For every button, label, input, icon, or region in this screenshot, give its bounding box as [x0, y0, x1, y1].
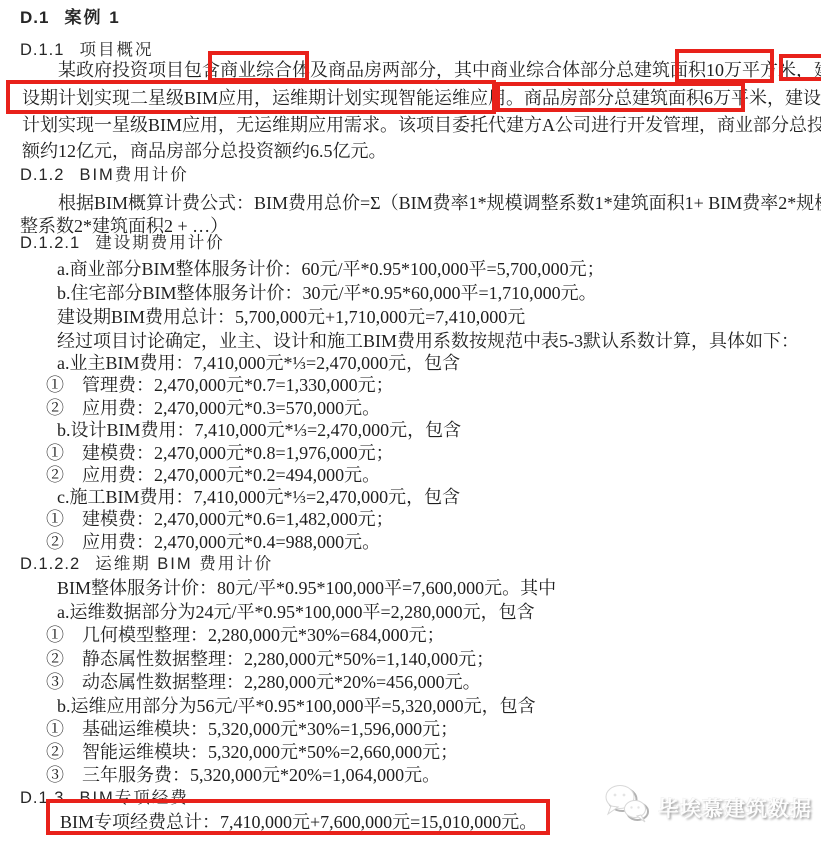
numbered-sub-item: ① 管理费：2,470,000元*0.7=1,330,000元；: [46, 374, 394, 396]
section-heading-d1-2-2: D.1.2.2运维期 BIM 费用计价: [20, 553, 273, 575]
watermark-text: 毕埃慕建筑数据: [658, 793, 812, 823]
cost-item-line: a.运维数据部分为24元/平*0.95*100,000平=2,280,000元，…: [57, 601, 535, 623]
section-heading-d1-3: D.1.3BIM专项经费: [20, 787, 189, 809]
heading-number: D.1.2: [20, 166, 64, 184]
formula-line: 根据BIM概算计费公式：BIM费用总价=Σ（BIM费率1*规模调整系数1*建筑面…: [58, 192, 821, 214]
document-page: D.1案例 1 D.1.1项目概况 D.1.2BIM费用计价 D.1.2.1建设…: [0, 0, 821, 842]
watermark: 毕埃慕建筑数据: [604, 783, 812, 832]
section-heading-d1-2: D.1.2BIM费用计价: [20, 164, 189, 186]
cost-item-line: a.业主BIM费用：7,410,000元*⅓=2,470,000元，包含: [57, 352, 460, 374]
section-heading-d1-1: D.1.1项目概况: [20, 39, 153, 61]
paragraph-line: 某政府投资项目包含商业综合体及商品房两部分，其中商业综合体部分总建筑面积10万平…: [58, 59, 821, 81]
cost-item-line: c.施工BIM费用：7,410,000元*⅓=2,470,000元，包含: [57, 486, 460, 508]
numbered-sub-item: ③ 三年服务费：5,320,000元*20%=1,064,000元。: [46, 764, 440, 786]
cost-item-line: a.商业部分BIM整体服务计价：60元/平*0.95*100,000平=5,70…: [57, 258, 605, 280]
numbered-sub-item: ② 应用费：2,470,000元*0.2=494,000元。: [46, 464, 380, 486]
numbered-sub-item: ③ 动态属性数据整理：2,280,000元*20%=456,000元。: [46, 671, 481, 693]
heading-number: D.1.1: [20, 41, 64, 59]
paragraph-line: 额约12亿元，商品房部分总投资额约6.5亿元。: [22, 140, 387, 162]
heading-number: D.1: [20, 8, 49, 27]
heading-title: BIM专项经费: [79, 789, 188, 807]
paragraph-line: 经过项目讨论确定，业主、设计和施工BIM费用系数按规范中表5-3默认系数计算，具…: [57, 330, 799, 352]
numbered-sub-item: ② 应用费：2,470,000元*0.4=988,000元。: [46, 531, 380, 553]
paragraph-line: 设期计划实现二星级BIM应用，运维期计划实现智能运维应用。商品房部分总建筑面积6…: [22, 87, 821, 109]
heading-title: 项目概况: [79, 41, 153, 59]
numbered-sub-item: ② 静态属性数据整理：2,280,000元*50%=1,140,000元；: [46, 648, 494, 670]
heading-title: 运维期 BIM 费用计价: [95, 555, 273, 573]
numbered-sub-item: ② 应用费：2,470,000元*0.3=570,000元。: [46, 397, 380, 419]
heading-number: D.1.2.2: [20, 555, 80, 573]
chat-bubbles-icon: [604, 783, 650, 832]
numbered-sub-item: ① 建模费：2,470,000元*0.8=1,976,000元；: [46, 442, 394, 464]
numbered-sub-item: ② 智能运维模块：5,320,000元*50%=2,660,000元；: [46, 741, 458, 763]
cost-total-line: 建设期BIM费用总计：5,700,000元+1,710,000元=7,410,0…: [57, 306, 525, 328]
numbered-sub-item: ① 几何模型整理：2,280,000元*30%=684,000元；: [46, 624, 445, 646]
cost-item-line: b.运维应用部分为56元/平*0.95*100,000平=5,320,000元，…: [57, 695, 536, 717]
heading-title: BIM费用计价: [79, 166, 188, 184]
numbered-sub-item: ① 建模费：2,470,000元*0.6=1,482,000元；: [46, 508, 394, 530]
cost-item-line: b.住宅部分BIM整体服务计价：30元/平*0.95*60,000平=1,710…: [57, 282, 597, 304]
section-heading-d1: D.1案例 1: [20, 7, 121, 29]
grand-total-line: BIM专项经费总计：7,410,000元+7,600,000元=15,010,0…: [60, 811, 537, 833]
cost-item-line: b.设计BIM费用：7,410,000元*⅓=2,470,000元，包含: [57, 419, 461, 441]
formula-line: 整系数2*建筑面积2 + …）: [20, 215, 228, 237]
heading-title: 案例 1: [64, 8, 120, 27]
cost-item-line: BIM整体服务计价：80元/平*0.95*100,000平=7,600,000元…: [57, 577, 556, 599]
heading-number: D.1.3: [20, 789, 64, 807]
numbered-sub-item: ① 基础运维模块：5,320,000元*30%=1,596,000元；: [46, 718, 458, 740]
paragraph-line: 计划实现一星级BIM应用，无运维期应用需求。该项目委托代建方A公司进行开发管理，…: [22, 114, 821, 136]
